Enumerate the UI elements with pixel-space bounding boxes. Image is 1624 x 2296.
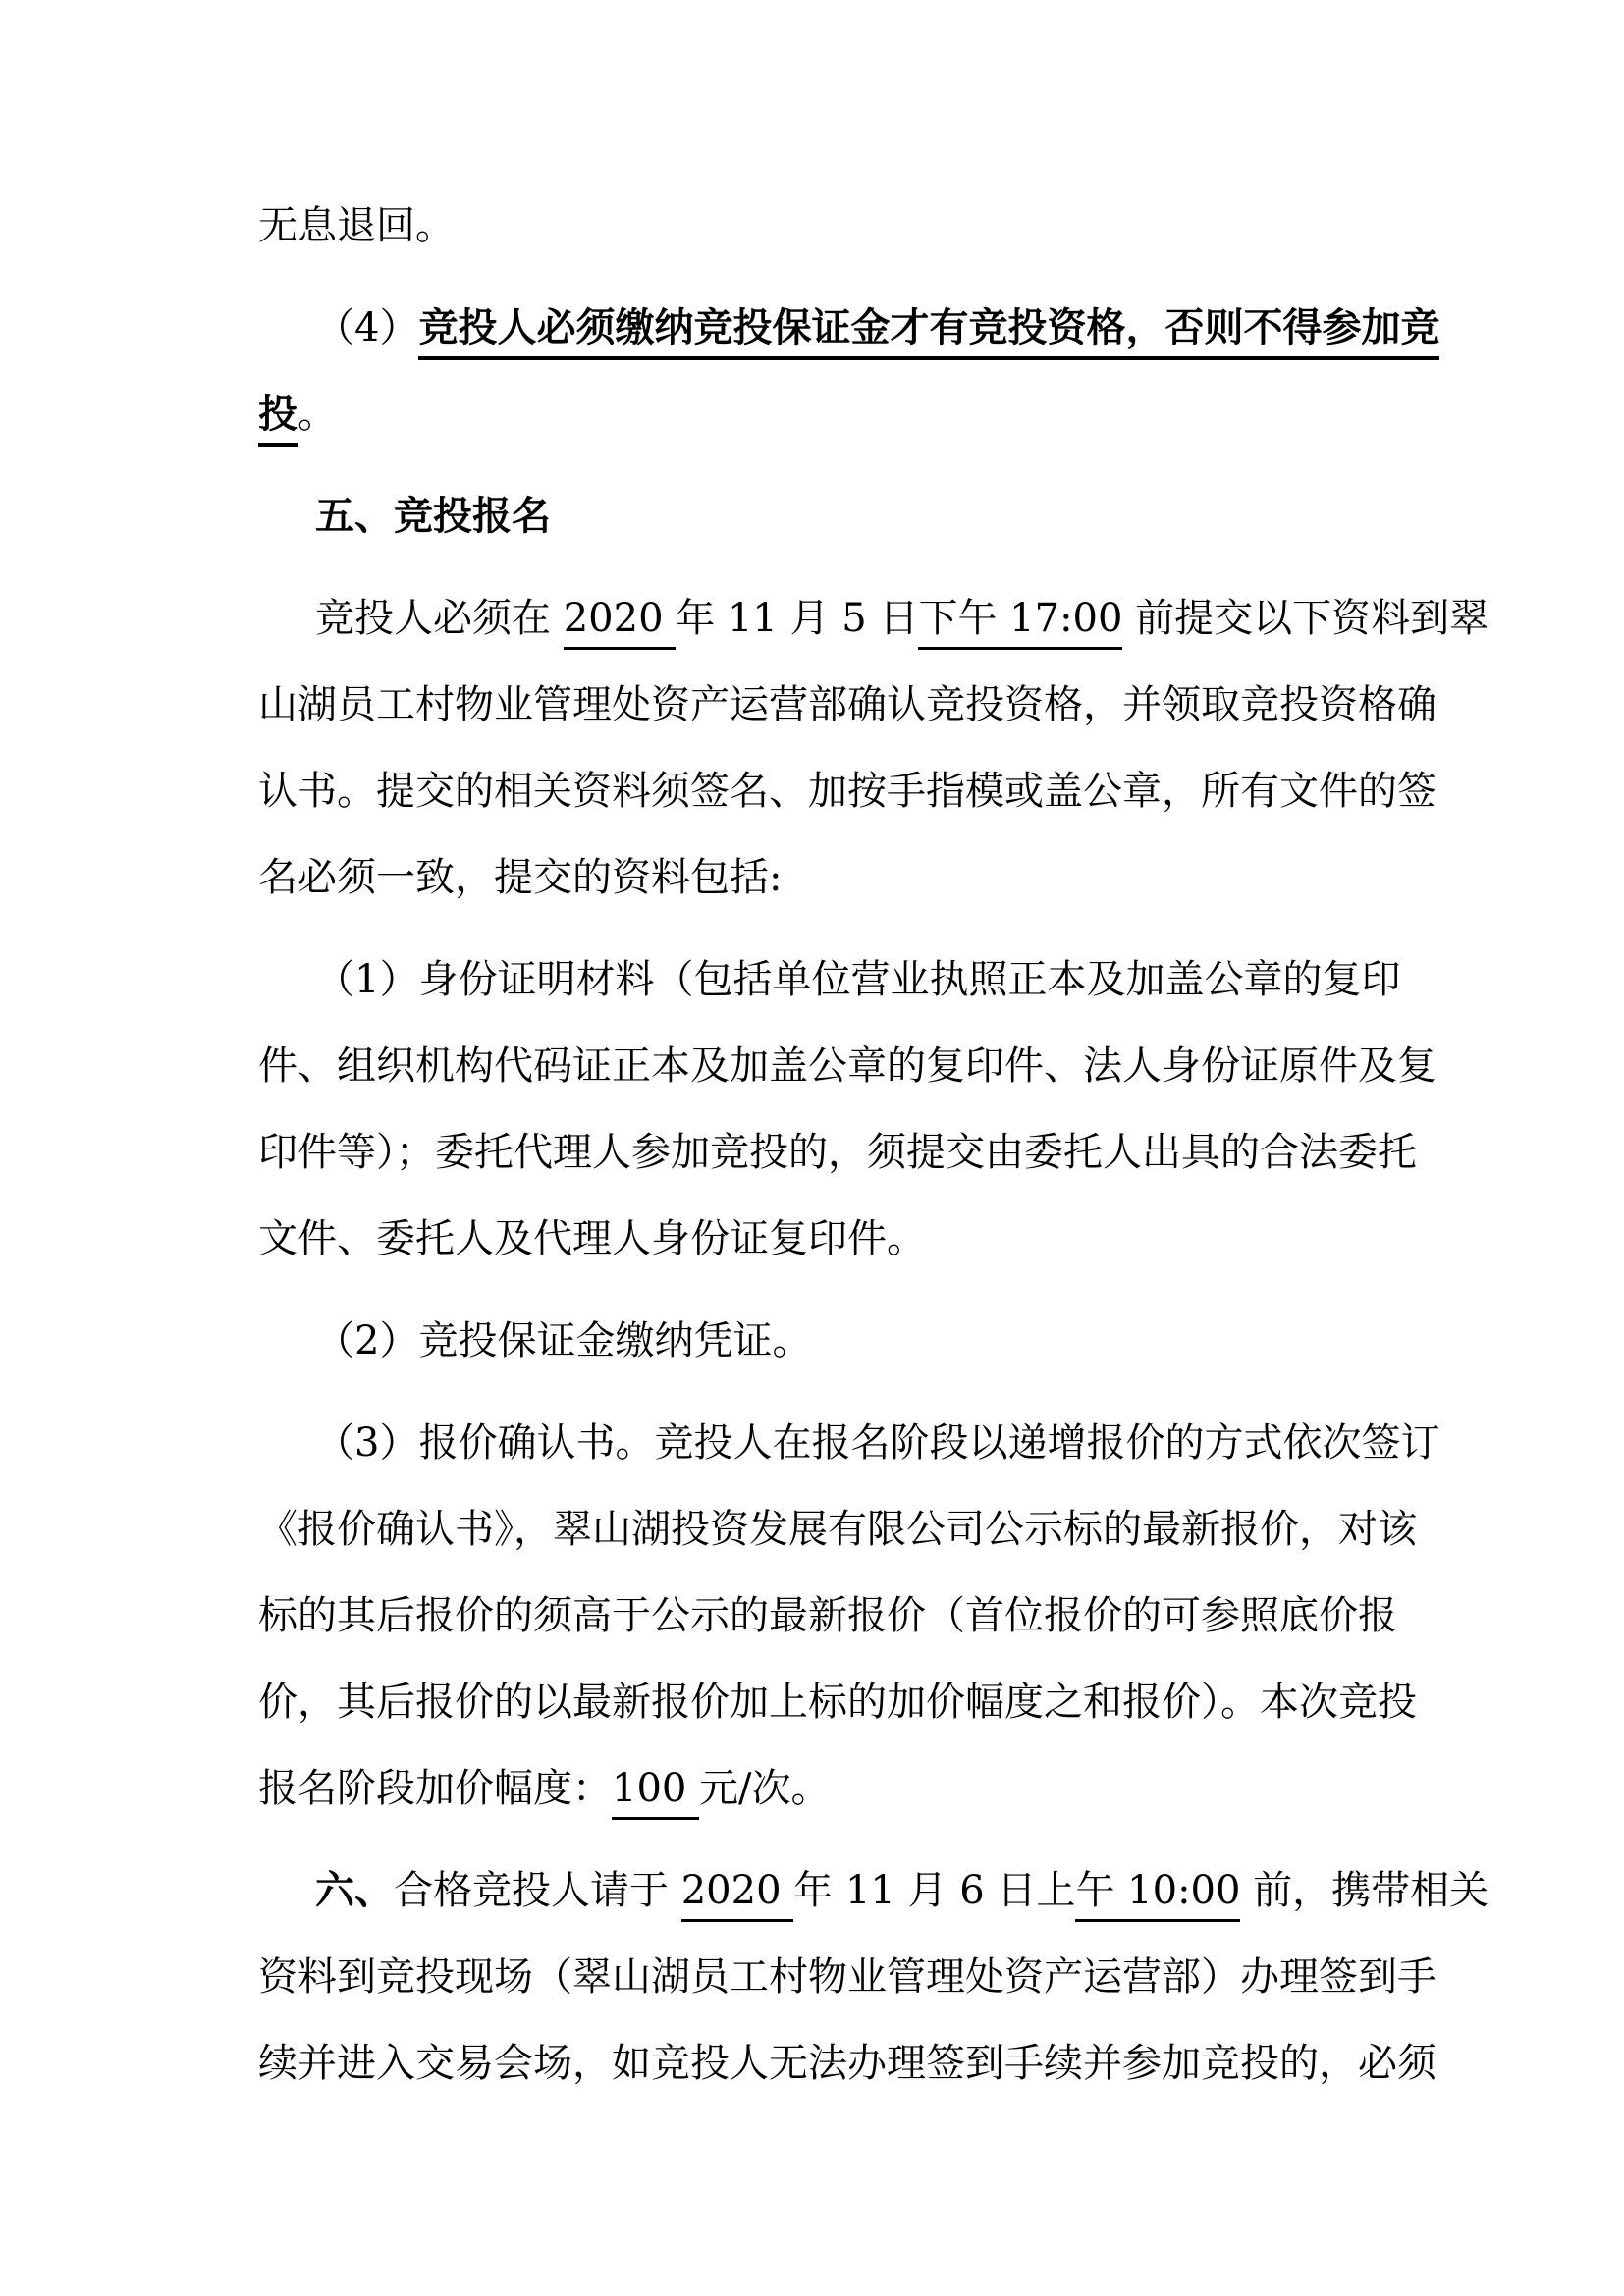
text-run: 合格竞投人请于: [394, 1868, 681, 1913]
paragraph: 竞投人必须在 2020 年 11 月 5 日下午 17:00 前提交以下资料到翠…: [258, 575, 1382, 921]
text-run: 件、组织机构代码证正本及加盖公章的复印件、法人身份证原件及复: [258, 1043, 1436, 1089]
text-run: 元/次。: [699, 1766, 830, 1811]
text-run: 年 11 月 5 日: [676, 596, 918, 641]
document-line: 资料到竞投现场（翠山湖员工村物业管理处资产运营部）办理签到手: [258, 1934, 1382, 2020]
document-line: 名必须一致，提交的资料包括:: [258, 834, 1382, 921]
text-run: （1）身份证明材料（包括单位营业执照正本及加盖公章的复印: [315, 957, 1400, 1002]
text-run: 续并进入交易会场，如竞投人无法办理签到手续并参加竞投的，必须: [258, 2041, 1436, 2086]
document-line: （2）竞投保证金缴纳凭证。: [258, 1298, 1382, 1384]
document-line: 竞投人必须在 2020 年 11 月 5 日下午 17:00 前提交以下资料到翠: [258, 575, 1382, 662]
text-run: 下午 17:00: [918, 596, 1122, 650]
text-run: 资料到竞投现场（翠山湖员工村物业管理处资产运营部）办理签到手: [258, 1954, 1436, 2000]
text-run: 无息退回。: [258, 203, 455, 248]
document-line: 件、组织机构代码证正本及加盖公章的复印件、法人身份证原件及复: [258, 1023, 1382, 1109]
paragraph: 五、竞投报名: [258, 473, 1382, 560]
document-page: 无息退回。（4）竞投人必须缴纳竞投保证金才有竞投资格，否则不得参加竞投。五、竞投…: [0, 0, 1624, 2296]
text-run: 投: [258, 391, 298, 447]
text-run: 名必须一致，提交的资料包括:: [258, 855, 782, 900]
text-run: （3）报价确认书。竞投人在报名阶段以递增报价的方式依次签订: [315, 1420, 1439, 1466]
text-run: 文件、委托人及代理人身份证复印件。: [258, 1216, 926, 1261]
text-run: 2020: [564, 596, 677, 650]
paragraph: 六、合格竞投人请于 2020 年 11 月 6 日上午 10:00 前，携带相关…: [258, 1847, 1382, 2107]
document-line: 标的其后报价的须高于公示的最新报价（首位报价的可参照底价报: [258, 1573, 1382, 1659]
text-run: 。: [298, 392, 337, 437]
document-line: 印件等）；委托代理人参加竞投的，须提交由委托人出具的合法委托: [258, 1109, 1382, 1196]
document-line: 续并进入交易会场，如竞投人无法办理签到手续并参加竞投的，必须: [258, 2020, 1382, 2107]
text-run: （2）竞投保证金缴纳凭证。: [315, 1318, 811, 1363]
document-line: （4）竞投人必须缴纳竞投保证金才有竞投资格，否则不得参加竞: [258, 285, 1382, 371]
page-content: 无息退回。（4）竞投人必须缴纳竞投保证金才有竞投资格，否则不得参加竞投。五、竞投…: [258, 183, 1382, 2122]
paragraph: 无息退回。: [258, 183, 1382, 269]
document-line: 价，其后报价的以最新报价加上标的加价幅度之和报价）。本次竞投: [258, 1659, 1382, 1745]
text-run: 报名阶段加价幅度：: [258, 1766, 612, 1811]
text-run: 山湖员工村物业管理处资产运营部确认竞投资格，并领取竞投资格确: [258, 682, 1436, 727]
paragraph: （2）竞投保证金缴纳凭证。: [258, 1298, 1382, 1384]
text-run: 2020: [681, 1868, 794, 1922]
text-run: 标的其后报价的须高于公示的最新报价（首位报价的可参照底价报: [258, 1593, 1397, 1638]
text-run: 竞投人必须在: [315, 596, 564, 641]
document-line: 文件、委托人及代理人身份证复印件。: [258, 1196, 1382, 1282]
text-run: （4）: [315, 305, 418, 350]
text-run: 前提交以下资料到翠: [1122, 596, 1489, 641]
text-run: 六、: [315, 1867, 394, 1913]
document-line: 认书。提交的相关资料须签名、加按手指模或盖公章，所有文件的签: [258, 748, 1382, 834]
text-run: 100: [612, 1766, 699, 1820]
text-run: 《报价确认书》，翠山湖投资发展有限公司公示标的最新报价，对该: [258, 1507, 1417, 1552]
paragraph: （3）报价确认书。竞投人在报名阶段以递增报价的方式依次签订《报价确认书》，翠山湖…: [258, 1400, 1382, 1832]
document-line: 投。: [258, 371, 1382, 457]
document-line: 报名阶段加价幅度：100 元/次。: [258, 1745, 1382, 1832]
document-line: （1）身份证明材料（包括单位营业执照正本及加盖公章的复印: [258, 936, 1382, 1023]
text-run: 前，携带相关: [1240, 1868, 1489, 1913]
document-line: 无息退回。: [258, 183, 1382, 269]
paragraph: （1）身份证明材料（包括单位营业执照正本及加盖公章的复印件、组织机构代码证正本及…: [258, 936, 1382, 1282]
document-line: （3）报价确认书。竞投人在报名阶段以递增报价的方式依次签订: [258, 1400, 1382, 1486]
document-line: 《报价确认书》，翠山湖投资发展有限公司公示标的最新报价，对该: [258, 1486, 1382, 1573]
document-line: 五、竞投报名: [258, 473, 1382, 560]
document-line: 六、合格竞投人请于 2020 年 11 月 6 日上午 10:00 前，携带相关: [258, 1847, 1382, 1934]
document-line: 山湖员工村物业管理处资产运营部确认竞投资格，并领取竞投资格确: [258, 662, 1382, 748]
text-run: 印件等）；委托代理人参加竞投的，须提交由委托人出具的合法委托: [258, 1130, 1417, 1175]
text-run: 认书。提交的相关资料须签名、加按手指模或盖公章，所有文件的签: [258, 769, 1436, 814]
text-run: 竞投人必须缴纳竞投保证金才有竞投资格，否则不得参加竞: [418, 304, 1439, 360]
paragraph: （4）竞投人必须缴纳竞投保证金才有竞投资格，否则不得参加竞投。: [258, 285, 1382, 457]
text-run: 价，其后报价的以最新报价加上标的加价幅度之和报价）。本次竞投: [258, 1680, 1417, 1725]
text-run: 年 11 月 6 日上: [793, 1868, 1075, 1913]
text-run: 五、竞投报名: [315, 493, 551, 539]
text-run: 午 10:00: [1075, 1868, 1240, 1922]
